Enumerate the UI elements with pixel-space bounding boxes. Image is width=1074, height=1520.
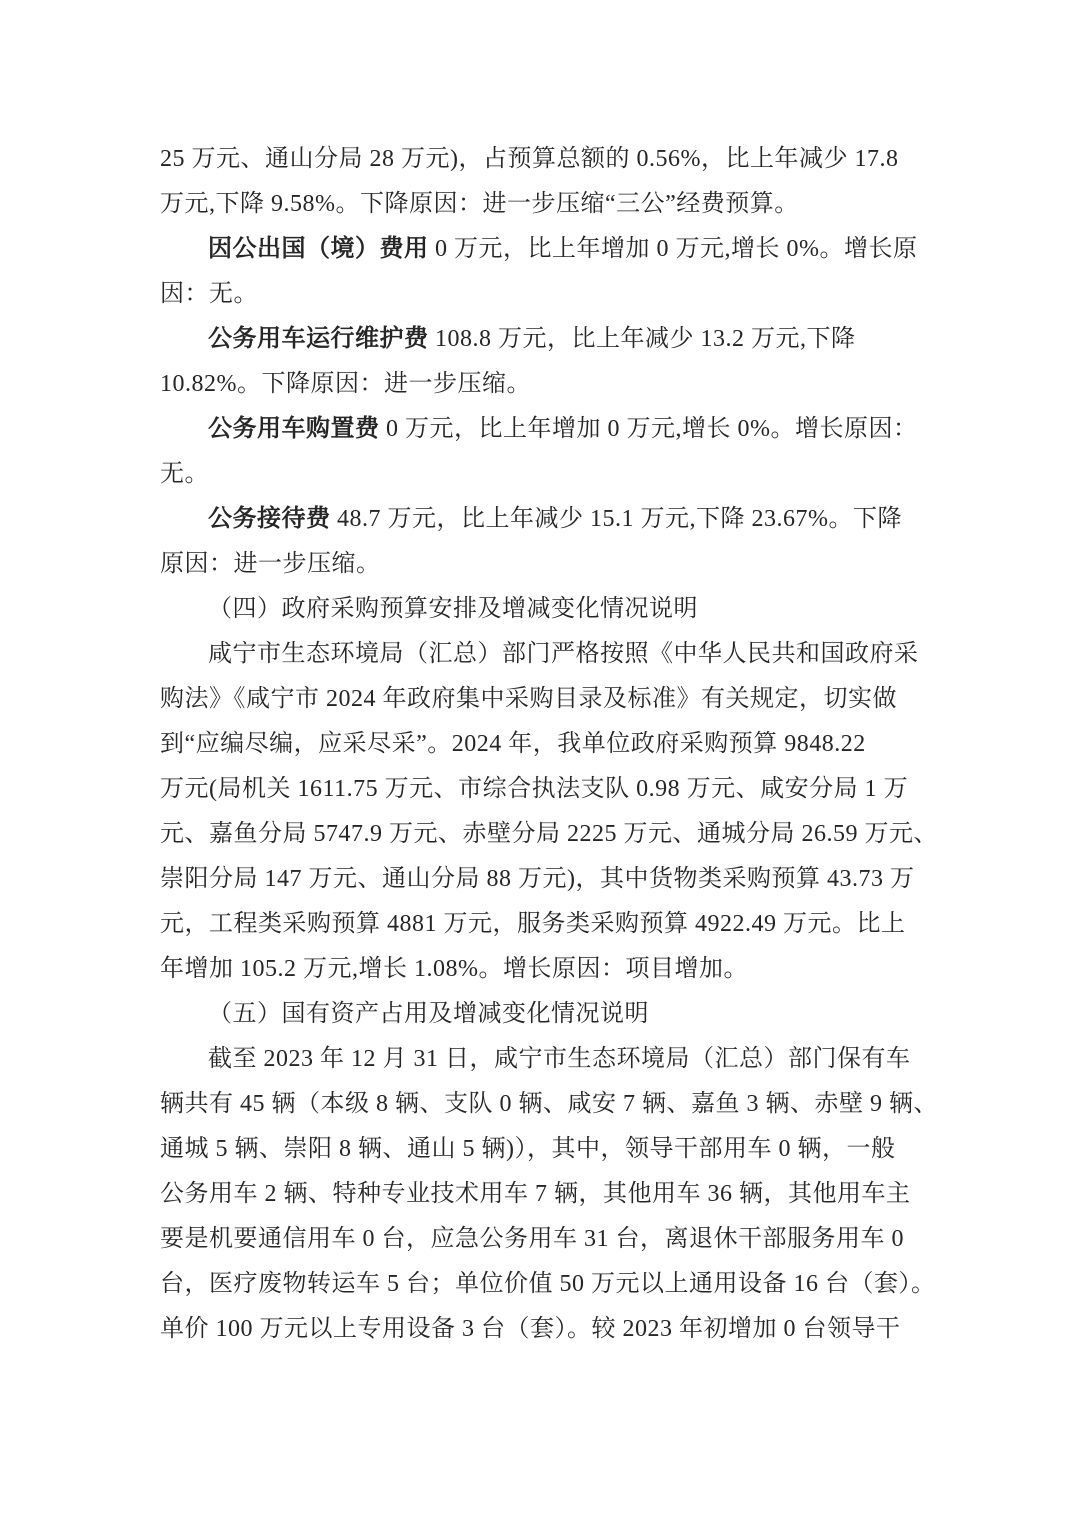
bold-term: 公务用车运行维护费 <box>208 326 429 352</box>
text-line: 公务用车 2 辆、特种专业技术用车 7 辆，其他用车 36 辆，其他用车主 <box>160 1172 920 1217</box>
text-run: 年增加 105.2 万元,增长 1.08%。增长原因：项目增加。 <box>160 956 748 982</box>
bold-term: 因公出国（境）费用 <box>208 236 429 262</box>
bold-term: 公务接待费 <box>208 506 331 532</box>
text-run: 咸宁市生态环境局（汇总）部门严格按照《中华人民共和国政府采 <box>208 641 919 667</box>
text-line: 10.82%。下降原因：进一步压缩。 <box>160 362 920 407</box>
text-run: 0 万元，比上年增加 0 万元,增长 0%。增长原 <box>429 236 918 262</box>
text-line: 台，医疗废物转运车 5 台；单位价值 50 万元以上通用设备 16 台（套）。 <box>160 1262 920 1307</box>
text-line: 无。 <box>160 452 920 497</box>
section-heading-line: （五）国有资产占用及增减变化情况说明 <box>160 992 920 1037</box>
text-run: 购法》《咸宁市 2024 年政府集中采购目录及标准》有关规定，切实做 <box>160 686 897 712</box>
text-run: 辆共有 45 辆（本级 8 辆、支队 0 辆、咸安 7 辆、嘉鱼 3 辆、赤壁 … <box>160 1091 938 1117</box>
text-run: 到“应编尽编，应采尽采”。2024 年，我单位政府采购预算 9848.22 <box>160 731 866 757</box>
text-line: 25 万元、通山分局 28 万元)，占预算总额的 0.56%，比上年减少 17.… <box>160 137 920 182</box>
text-line: 通城 5 辆、崇阳 8 辆、通山 5 辆)），其中，领导干部用车 0 辆，一般 <box>160 1127 920 1172</box>
text-run: 通城 5 辆、崇阳 8 辆、通山 5 辆)），其中，领导干部用车 0 辆，一般 <box>160 1136 896 1162</box>
text-line: 单价 100 万元以上专用设备 3 台（套）。较 2023 年初增加 0 台领导… <box>160 1307 920 1352</box>
section-heading-line: （四）政府采购预算安排及增减变化情况说明 <box>160 587 920 632</box>
text-line: 因：无。 <box>160 272 920 317</box>
text-run: 公务用车 2 辆、特种专业技术用车 7 辆，其他用车 36 辆，其他用车主 <box>160 1181 911 1207</box>
text-line: 要是机要通信用车 0 台，应急公务用车 31 台，离退休干部服务用车 0 <box>160 1217 920 1262</box>
text-run: 48.7 万元，比上年减少 15.1 万元,下降 23.67%。下降 <box>331 506 903 532</box>
text-line: 公务用车购置费 0 万元，比上年增加 0 万元,增长 0%。增长原因： <box>160 407 920 452</box>
text-run: 因：无。 <box>160 281 258 307</box>
text-run: 108.8 万元，比上年减少 13.2 万元,下降 <box>429 326 856 352</box>
text-line: 因公出国（境）费用 0 万元，比上年增加 0 万元,增长 0%。增长原 <box>160 227 920 272</box>
text-run: 元、嘉鱼分局 5747.9 万元、赤壁分局 2225 万元、通城分局 26.59… <box>160 821 938 847</box>
text-line: 咸宁市生态环境局（汇总）部门严格按照《中华人民共和国政府采 <box>160 632 920 677</box>
text-run: （四）政府采购预算安排及增减变化情况说明 <box>208 596 698 622</box>
text-run: 要是机要通信用车 0 台，应急公务用车 31 台，离退休干部服务用车 0 <box>160 1226 904 1252</box>
text-run: 崇阳分局 147 万元、通山分局 88 万元)，其中货物类采购预算 43.73 … <box>160 866 915 892</box>
text-line: 到“应编尽编，应采尽采”。2024 年，我单位政府采购预算 9848.22 <box>160 722 920 767</box>
text-run: 元，工程类采购预算 4881 万元，服务类采购预算 4922.49 万元。比上 <box>160 911 906 937</box>
text-line: 年增加 105.2 万元,增长 1.08%。增长原因：项目增加。 <box>160 947 920 992</box>
text-line: 公务用车运行维护费 108.8 万元，比上年减少 13.2 万元,下降 <box>160 317 920 362</box>
text-run: （五）国有资产占用及增减变化情况说明 <box>208 1001 649 1027</box>
text-line: 截至 2023 年 12 月 31 日，咸宁市生态环境局（汇总）部门保有车 <box>160 1037 920 1082</box>
text-run: 台，医疗废物转运车 5 台；单位价值 50 万元以上通用设备 16 台（套）。 <box>160 1271 936 1297</box>
text-line: 购法》《咸宁市 2024 年政府集中采购目录及标准》有关规定，切实做 <box>160 677 920 722</box>
text-line: 崇阳分局 147 万元、通山分局 88 万元)，其中货物类采购预算 43.73 … <box>160 857 920 902</box>
text-line: 元、嘉鱼分局 5747.9 万元、赤壁分局 2225 万元、通城分局 26.59… <box>160 812 920 857</box>
text-line: 辆共有 45 辆（本级 8 辆、支队 0 辆、咸安 7 辆、嘉鱼 3 辆、赤壁 … <box>160 1082 920 1127</box>
text-line: 万元,下降 9.58%。下降原因：进一步压缩“三公”经费预算。 <box>160 182 920 227</box>
text-line: 公务接待费 48.7 万元，比上年减少 15.1 万元,下降 23.67%。下降 <box>160 497 920 542</box>
text-run: 0 万元，比上年增加 0 万元,增长 0%。增长原因： <box>380 416 918 442</box>
text-run: 原因：进一步压缩。 <box>160 551 381 577</box>
text-run: 万元(局机关 1611.75 万元、市综合执法支队 0.98 万元、咸安分局 1… <box>160 776 908 802</box>
text-run: 万元,下降 9.58%。下降原因：进一步压缩“三公”经费预算。 <box>160 191 799 217</box>
document-content: 25 万元、通山分局 28 万元)，占预算总额的 0.56%，比上年减少 17.… <box>160 137 920 1352</box>
text-run: 单价 100 万元以上专用设备 3 台（套）。较 2023 年初增加 0 台领导… <box>160 1316 901 1342</box>
text-run: 截至 2023 年 12 月 31 日，咸宁市生态环境局（汇总）部门保有车 <box>208 1046 911 1072</box>
text-run: 25 万元、通山分局 28 万元)，占预算总额的 0.56%，比上年减少 17.… <box>160 146 898 172</box>
bold-term: 公务用车购置费 <box>208 416 380 442</box>
text-line: 元，工程类采购预算 4881 万元，服务类采购预算 4922.49 万元。比上 <box>160 902 920 947</box>
document-page: 25 万元、通山分局 28 万元)，占预算总额的 0.56%，比上年减少 17.… <box>0 0 1074 1520</box>
text-run: 10.82%。下降原因：进一步压缩。 <box>160 371 531 397</box>
text-line: 原因：进一步压缩。 <box>160 542 920 587</box>
text-run: 无。 <box>160 461 209 487</box>
text-line: 万元(局机关 1611.75 万元、市综合执法支队 0.98 万元、咸安分局 1… <box>160 767 920 812</box>
